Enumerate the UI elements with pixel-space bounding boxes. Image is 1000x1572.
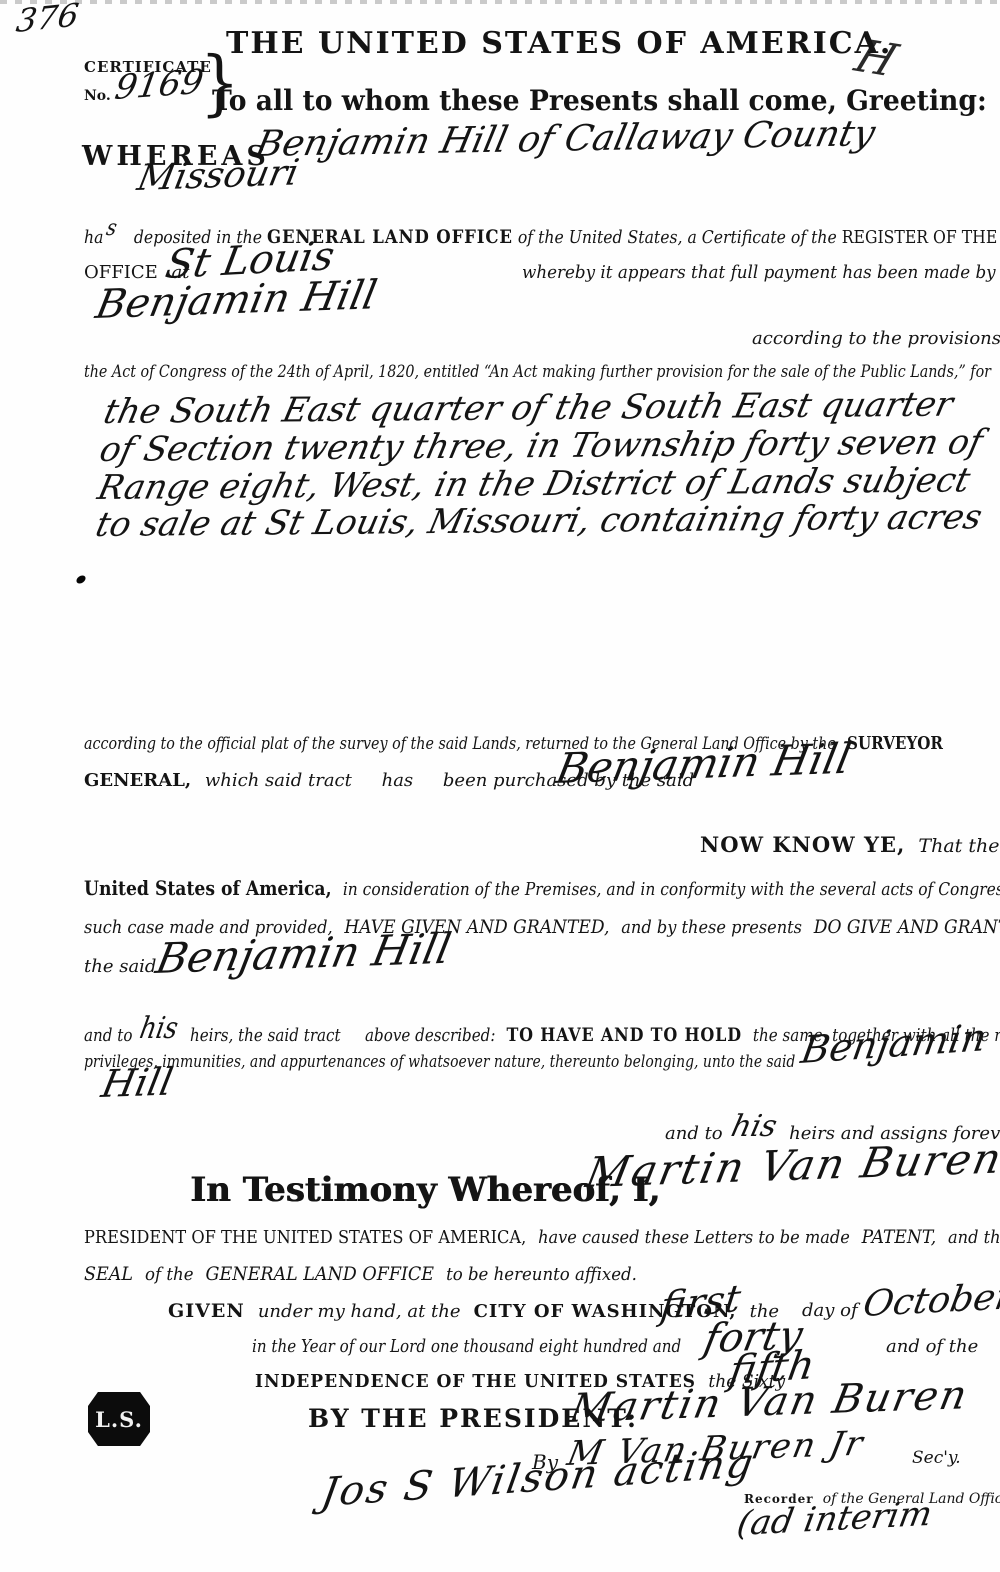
- now-know-ye-line: NOW KNOW YE, That the: [700, 832, 999, 857]
- privileges-clause: privileges, immunities, and appurtenance…: [84, 1052, 795, 1072]
- that-the: That the: [918, 835, 999, 857]
- above-described: above described:: [365, 1025, 495, 1046]
- greeting-line: To all to whom these Presents shall come…: [212, 84, 987, 117]
- grantee-signature-mid: Benjamin Hill: [152, 924, 455, 983]
- document-title: THE UNITED STATES OF AMERICA.: [226, 26, 892, 61]
- ink-blot: [75, 574, 87, 585]
- has-word: has: [382, 770, 414, 791]
- deposit-of-us: of the United States, a Certificate of t…: [518, 227, 837, 248]
- year-line: in the Year of our Lord one thousand eig…: [252, 1336, 681, 1357]
- under-hand-clause: under my hand, at the: [258, 1301, 461, 1322]
- his-word2: his: [728, 1109, 780, 1144]
- his-word: his: [137, 1011, 181, 1046]
- payer-name: Benjamin Hill: [92, 272, 381, 328]
- tract-clause: which said tract: [205, 770, 352, 791]
- month-value: October: [860, 1276, 1000, 1325]
- consideration-clause: in consideration of the Premises, and in…: [343, 879, 1000, 900]
- to-have-and-to-hold-label: TO HAVE AND TO HOLD: [506, 1024, 741, 1046]
- register-label: REGISTER OF THE LAND: [842, 227, 1000, 248]
- land-description-line4: to sale at St Louis, Missouri, containin…: [92, 497, 986, 545]
- seal-word: SEAL: [84, 1263, 133, 1285]
- grantee-name-county: Benjamin Hill of Callaway County: [252, 113, 879, 165]
- deposit-ha: ha: [84, 227, 103, 248]
- president-line: PRESIDENT OF THE UNITED STATES OF AMERIC…: [84, 1226, 1000, 1248]
- caused-clause: have caused these Letters to be made: [538, 1227, 850, 1248]
- and-the-word: and the: [948, 1227, 1000, 1248]
- purchaser-name: Benjamin Hill: [552, 734, 855, 793]
- presents-clause: and by these presents: [621, 917, 802, 938]
- the-said-label: the said: [84, 956, 156, 977]
- president-name-script: Martin Van Buren: [582, 1134, 1000, 1197]
- usa-line: United States of America, in considerati…: [84, 876, 1000, 900]
- secretary-title: Sec'y.: [912, 1448, 961, 1468]
- page-number: 376: [14, 0, 81, 40]
- grantee-last-name: Hill: [98, 1060, 177, 1106]
- certificate-number: 9169: [112, 62, 206, 108]
- now-know-ye-label: NOW KNOW YE,: [700, 832, 905, 857]
- of-the-word: of the: [145, 1264, 193, 1285]
- scan-artifact-edge: [0, 0, 1000, 4]
- president-title: PRESIDENT OF THE UNITED STATES OF AMERIC…: [84, 1227, 526, 1248]
- day-of-label: day of: [802, 1300, 858, 1321]
- and-of-the-label: and of the: [886, 1336, 978, 1357]
- certificate-number-label: No.: [84, 88, 111, 104]
- grantee-state: Missouri: [134, 152, 302, 199]
- and-to-word2: and to: [665, 1123, 723, 1144]
- provisions-clause: according to the provisions of: [752, 328, 1000, 349]
- act-of-congress-line: the Act of Congress of the 24th of April…: [84, 362, 991, 382]
- deposit-s-superscript: s: [104, 216, 119, 241]
- do-give-clause: DO GIVE AND GRANT,: [814, 916, 1000, 938]
- ls-seal: L.S.: [88, 1392, 150, 1446]
- affixed-clause: to be hereunto affixed.: [446, 1264, 637, 1285]
- and-to-word: and to: [84, 1025, 132, 1046]
- given-word: GIVEN: [168, 1300, 245, 1322]
- patent-word: PATENT,: [862, 1226, 937, 1248]
- heirs-clause: heirs, the said tract: [190, 1025, 341, 1046]
- surveyor-label: SURVEYOR: [847, 733, 943, 754]
- usa-label: United States of America,: [84, 876, 332, 900]
- ls-seal-text: L.S.: [95, 1407, 143, 1432]
- general-label: GENERAL,: [84, 770, 191, 791]
- glo-italic: GENERAL LAND OFFICE: [206, 1263, 434, 1285]
- payment-clause: whereby it appears that full payment has…: [522, 262, 1000, 283]
- seal-line: SEAL of the GENERAL LAND OFFICE to be he…: [84, 1263, 637, 1285]
- land-patent-document: 376 THE UNITED STATES OF AMERICA. CERTIF…: [0, 0, 1000, 1572]
